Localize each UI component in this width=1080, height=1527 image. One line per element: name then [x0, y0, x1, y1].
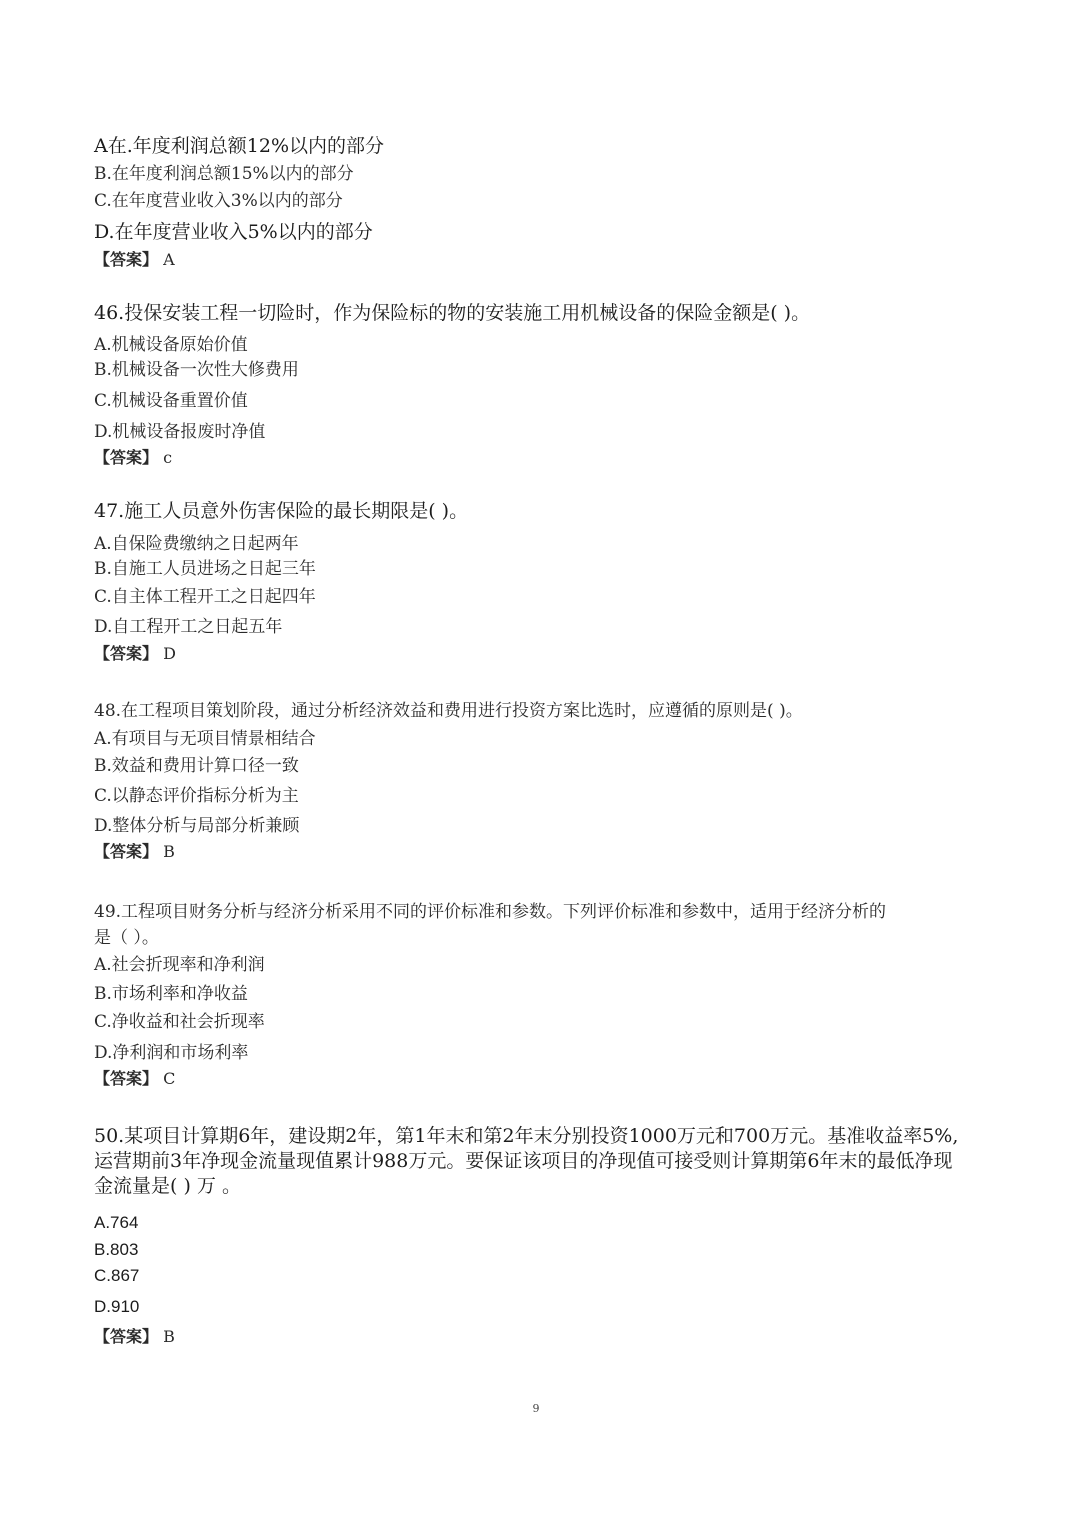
- q47-option-a: A.自保险费缴纳之日起两年: [94, 536, 299, 553]
- q50-option-b: B.803: [94, 1241, 138, 1258]
- q45-option-d: D.在年度营业收入5%以内的部分: [94, 223, 373, 242]
- answer-value: c: [163, 448, 172, 467]
- q49-option-a: A.社会折现率和净利润: [94, 957, 265, 974]
- q48-option-c: C.以静态评价指标分析为主: [94, 788, 299, 805]
- q49-stem-line-2: 是（ ）。: [94, 930, 159, 947]
- page-number: 9: [0, 1402, 1072, 1415]
- q48-option-d: D.整体分析与局部分析兼顾: [94, 818, 299, 835]
- q50-stem-line-2: 运营期前3年净现金流量现值累计988万元。要保证该项目的净现值可接受则计算期第6…: [94, 1152, 952, 1171]
- q47-option-d: D.自工程开工之日起五年: [94, 619, 282, 636]
- answer-value: B: [163, 1327, 175, 1346]
- answer-label: 【答案】: [94, 1069, 158, 1088]
- q46-answer: 【答案】 c: [94, 450, 172, 466]
- q48-stem: 48.在工程项目策划阶段，通过分析经济效益和费用进行投资方案比选时，应遵循的原则…: [94, 703, 803, 720]
- q50-option-d: D.910: [94, 1298, 139, 1315]
- q46-option-b: B.机械设备一次性大修费用: [94, 362, 299, 379]
- q50-answer: 【答案】 B: [94, 1329, 175, 1345]
- answer-label: 【答案】: [94, 1327, 158, 1346]
- q50-stem-line-1: 50.某项目计算期6年，建设期2年，第1年末和第2年末分别投资1000万元和70…: [94, 1127, 958, 1146]
- q46-option-a: A.机械设备原始价值: [94, 337, 248, 354]
- answer-value: C: [163, 1069, 175, 1088]
- q50-stem-line-3: 金流量是( ) 万 。: [94, 1177, 241, 1196]
- q45-option-c: C.在年度营业收入3%以内的部分: [94, 193, 343, 210]
- q45-option-a: A在.年度利润总额12%以内的部分: [94, 137, 384, 156]
- q49-stem-line-1: 49.工程项目财务分析与经济分析采用不同的评价标准和参数。下列评价标准和参数中，…: [94, 904, 886, 921]
- q49-option-b: B.市场利率和净收益: [94, 986, 248, 1003]
- q49-option-d: D.净利润和市场利率: [94, 1045, 248, 1062]
- q46-option-c: C.机械设备重置价值: [94, 393, 248, 410]
- q47-option-c: C.自主体工程开工之日起四年: [94, 589, 316, 606]
- q47-answer: 【答案】 D: [94, 646, 176, 662]
- answer-label: 【答案】: [94, 448, 158, 467]
- q46-option-d: D.机械设备报废时净值: [94, 424, 265, 441]
- q49-option-c: C.净收益和社会折现率: [94, 1014, 265, 1031]
- answer-value: A: [163, 250, 175, 269]
- answer-value: B: [163, 842, 175, 861]
- answer-label: 【答案】: [94, 644, 158, 663]
- q45-option-b: B.在年度利润总额15%以内的部分: [94, 166, 354, 183]
- answer-label: 【答案】: [94, 842, 158, 861]
- q47-stem: 47.施工人员意外伤害保险的最长期限是( )。: [94, 502, 468, 521]
- q47-option-b: B.自施工人员进场之日起三年: [94, 561, 316, 578]
- q45-answer: 【答案】 A: [94, 252, 175, 268]
- answer-value: D: [163, 644, 176, 663]
- q50-option-a: A.764: [94, 1214, 138, 1231]
- q48-answer: 【答案】 B: [94, 844, 175, 860]
- q48-option-b: B.效益和费用计算口径一致: [94, 758, 299, 775]
- q46-stem: 46.投保安装工程一切险时，作为保险标的物的安装施工用机械设备的保险金额是( )…: [94, 304, 810, 323]
- answer-label: 【答案】: [94, 250, 158, 269]
- q50-option-c: C.867: [94, 1267, 139, 1284]
- q48-option-a: A.有项目与无项目情景相结合: [94, 731, 316, 748]
- q49-answer: 【答案】 C: [94, 1071, 175, 1087]
